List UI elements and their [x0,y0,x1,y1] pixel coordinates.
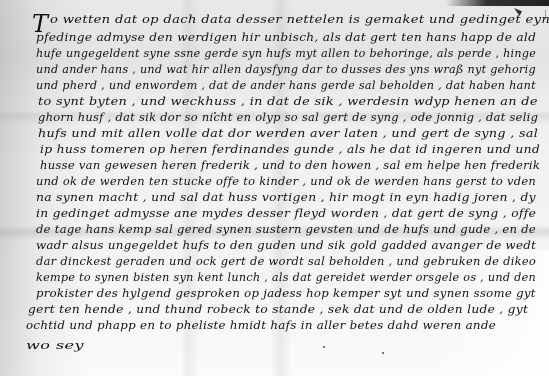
manuscript-line: ip huss tomeren op heren ferdinandes gun… [40,142,540,156]
manuscript-line: wo sey [26,338,84,352]
manuscript-line: hufe ungegeldent syne ssne gerde syn huf… [36,46,536,60]
manuscript-line: kempe to synen bisten syn kent lunch , a… [36,270,536,284]
manuscript-line: und ok de werden ten stucke offe to kind… [36,174,536,188]
scan-edge-shadow [445,0,549,6]
manuscript-line: in gedinget admysse ane mydes desser fle… [36,206,536,220]
manuscript-line: husse van gewesen heren frederik , und t… [40,158,540,172]
manuscript-line: pfedinge admyse den werdigen hir unbisch… [36,30,536,44]
manuscript-line: und pherd , und enwordem , dat de ander … [36,78,536,92]
manuscript-line: hufs und mit allen volle dat dor werden … [38,126,538,140]
manuscript-line: ghorn husf , dat sik dor so nicht en oly… [38,110,538,124]
manuscript-line: to synt byten , und weckhuss , in dat de… [38,94,538,108]
manuscript-line: wadr alsus ungegeldet hufs to den guden … [36,238,536,252]
manuscript-line: prokister des hylgend gesproken op jades… [36,286,536,300]
manuscript-line: dar dinckest geraden und ock gert de wor… [36,254,536,268]
manuscript-page: T o wetten dat op dach data desser nette… [0,0,549,376]
manuscript-line: na synen macht , und sal dat huss vortig… [36,190,536,204]
manuscript-line: o wetten dat op dach data desser nettele… [50,12,549,26]
manuscript-line: de tage hans kemp sal gered synen suster… [36,222,536,236]
manuscript-line: gert ten hende , und thund robeck to sta… [28,302,528,316]
manuscript-line: ochtid und phapp en to pheliste hmidt ha… [26,318,496,332]
manuscript-line: und ander hans , und wat hir allen daysf… [36,62,536,76]
